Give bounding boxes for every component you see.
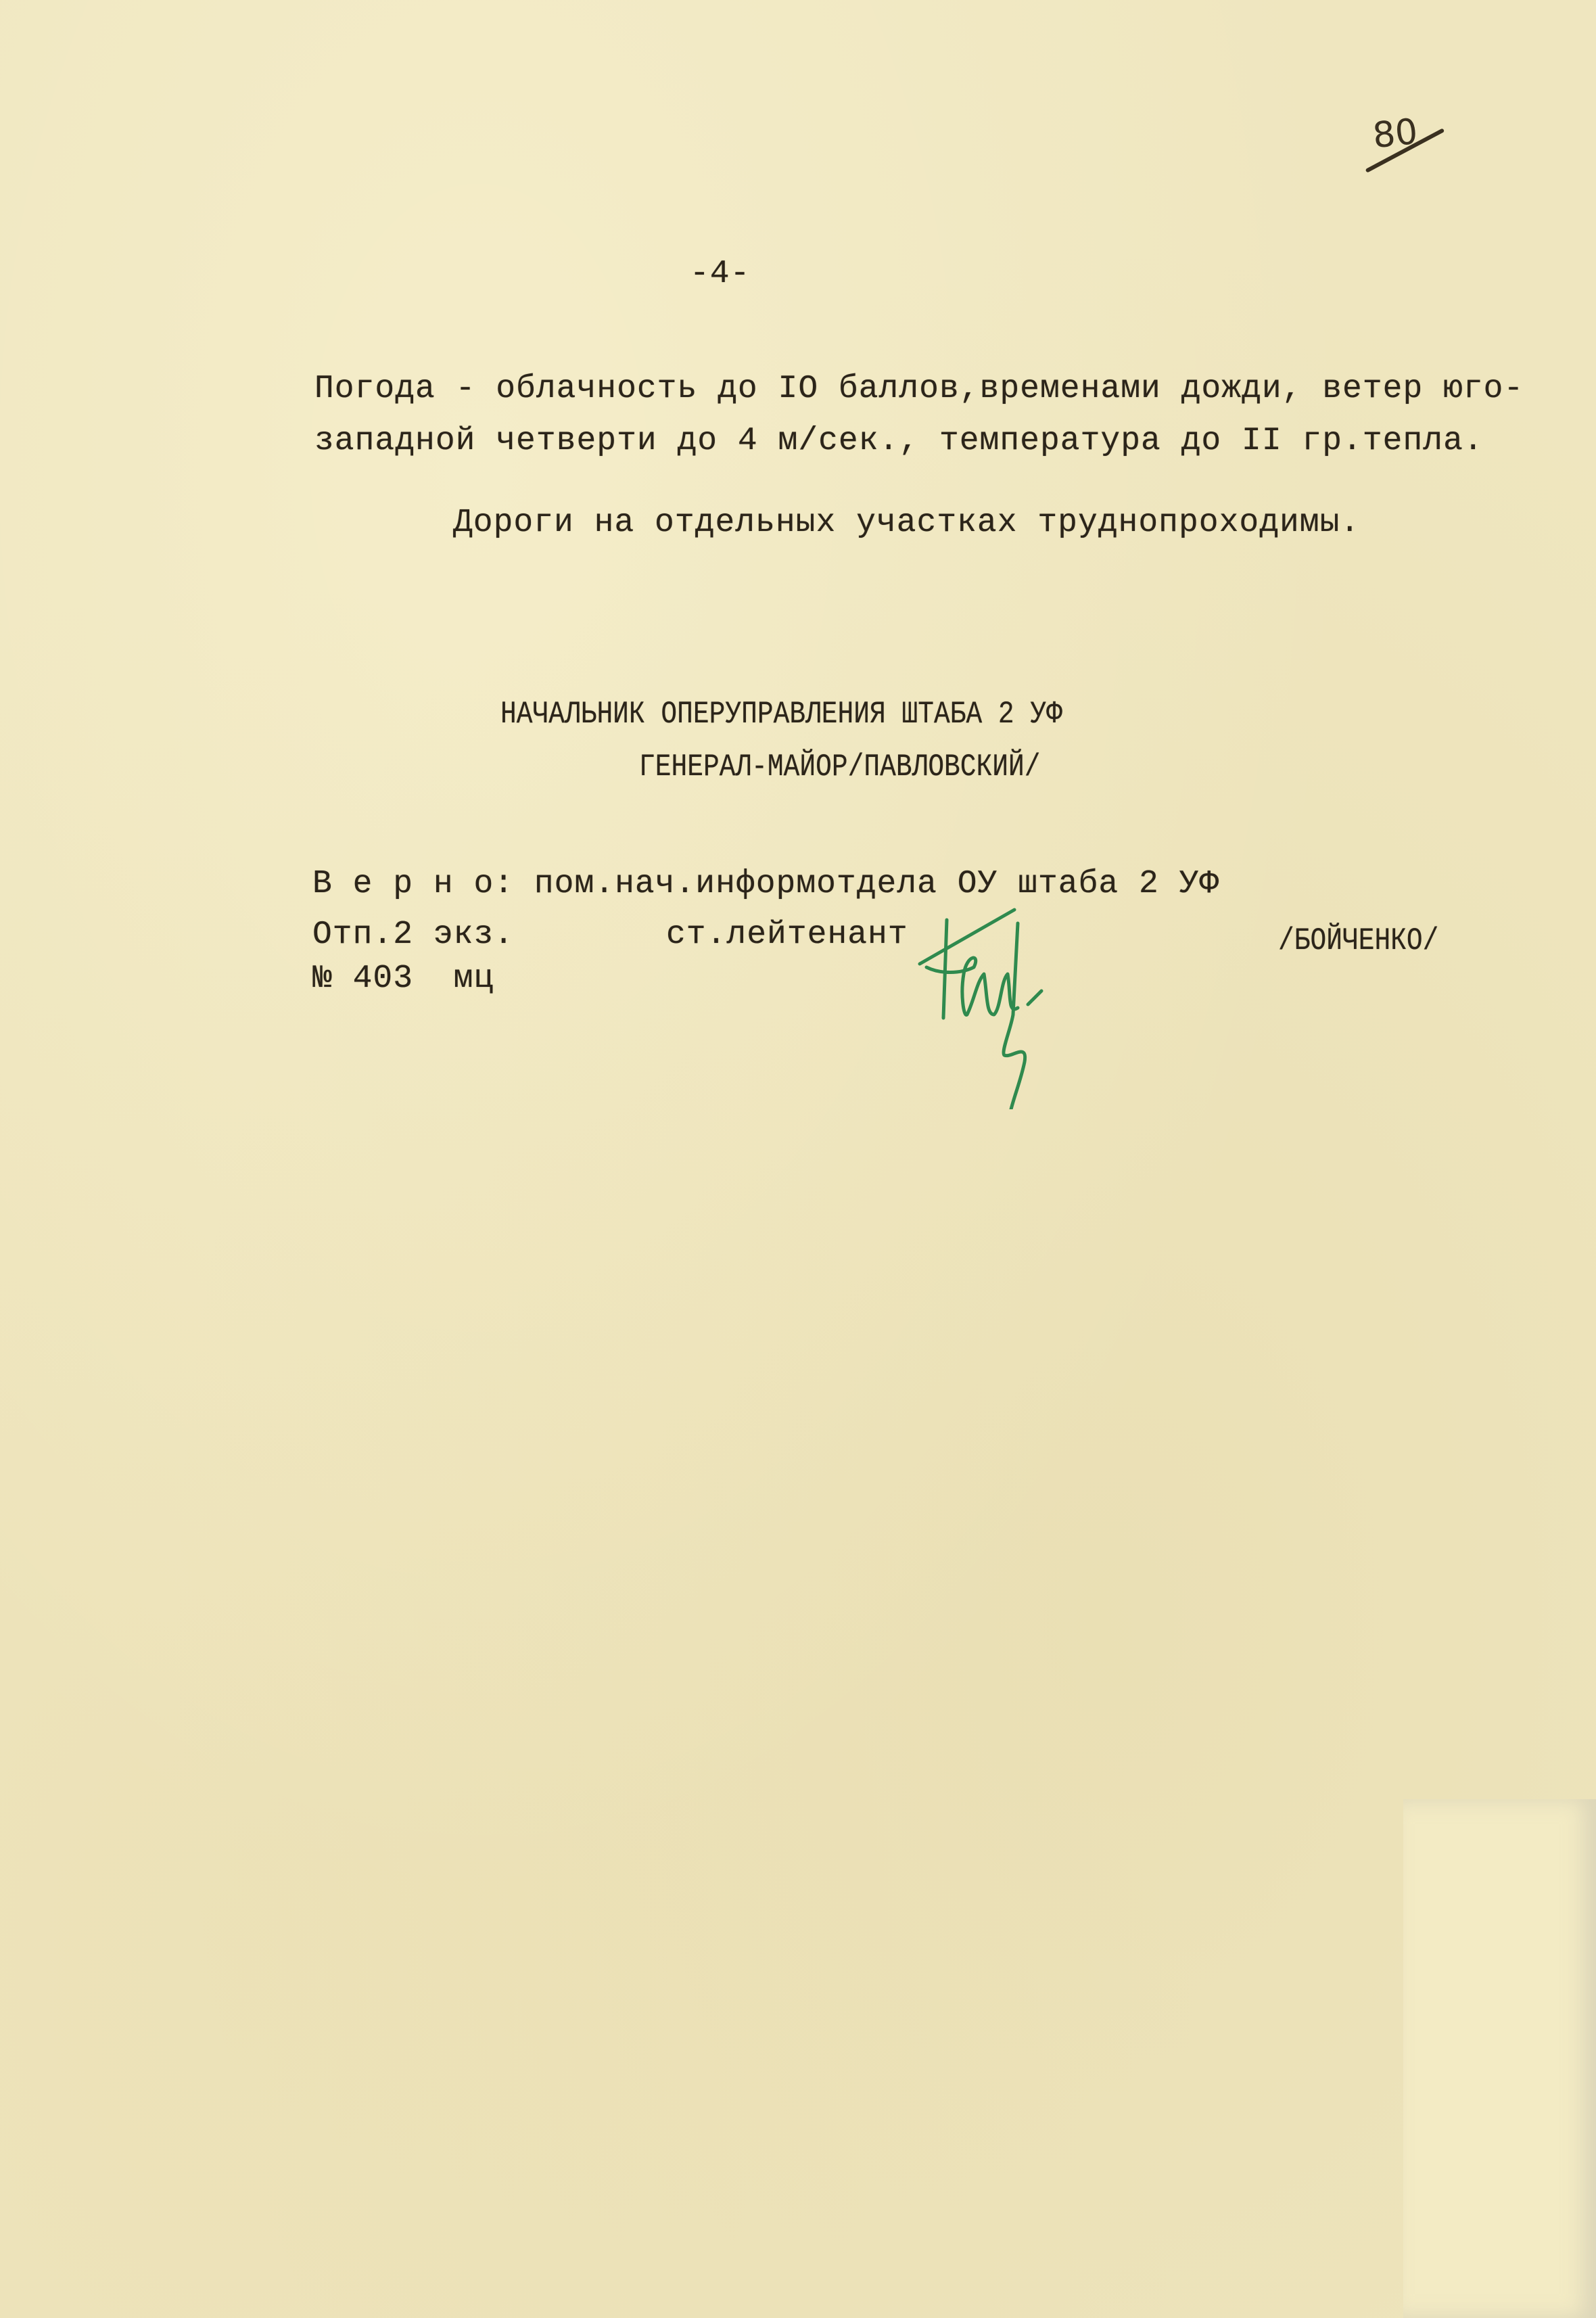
page-number: -4- bbox=[690, 256, 750, 292]
officer-rank: ст.лейтенант bbox=[666, 917, 908, 953]
verified-line: В е р н о: пом.нач.информотдела ОУ штаба… bbox=[312, 866, 1219, 902]
paper-edge-patch bbox=[1403, 1799, 1596, 2318]
weather-line-2: западной четверти до 4 м/сек., температу… bbox=[314, 423, 1484, 459]
document-number: № 403 мц bbox=[312, 960, 494, 997]
signatory-title: НАЧАЛЬНИК ОПЕРУПРАВЛЕНИЯ ШТАБА 2 УФ bbox=[500, 697, 1062, 732]
handwritten-signature bbox=[899, 906, 1156, 1109]
signatory-name: ГЕНЕРАЛ-МАЙОР/ПАВЛОВСКИЙ/ bbox=[639, 749, 1041, 785]
copies-label: Отп.2 экз. bbox=[312, 917, 514, 953]
officer-name: /БОЙЧЕНКО/ bbox=[1278, 923, 1438, 958]
weather-line-1: Погода - облачность до IO баллов,времена… bbox=[314, 371, 1524, 407]
archive-sheet-number: 80 bbox=[1371, 112, 1419, 157]
roads-line: Дороги на отдельных участках труднопрохо… bbox=[453, 505, 1360, 541]
